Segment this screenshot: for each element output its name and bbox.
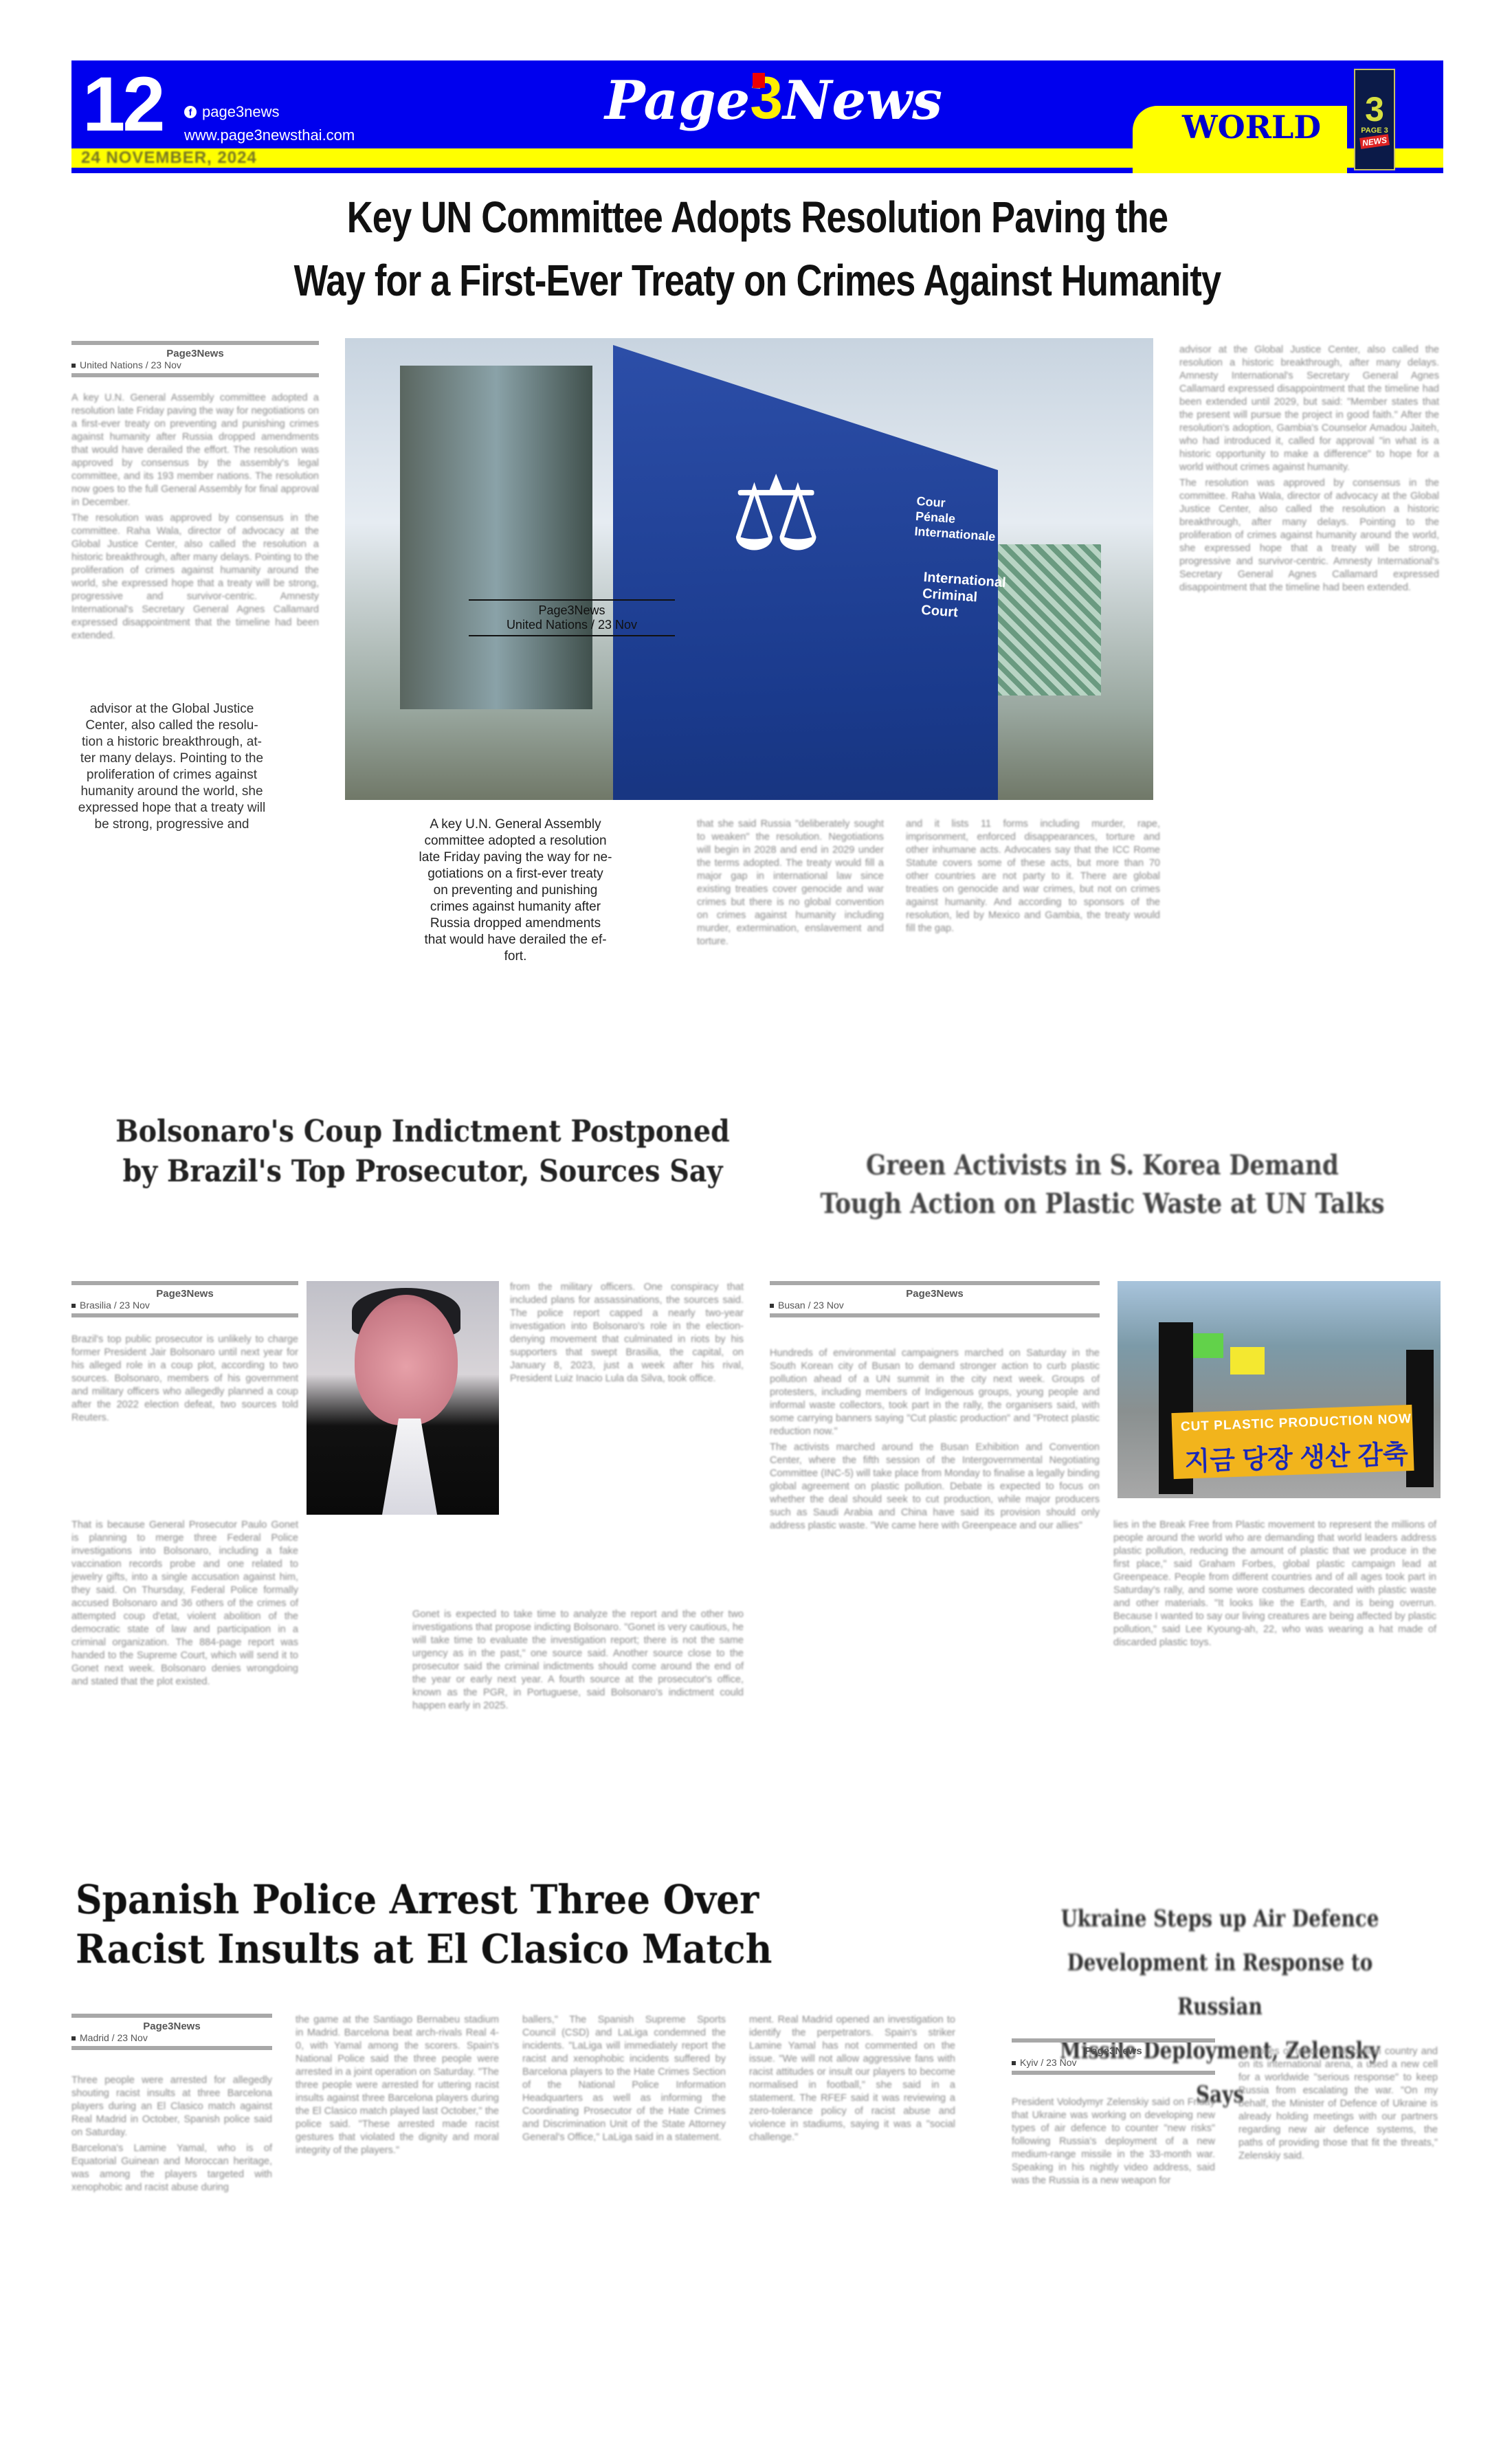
spain-column-1: Three people were arrested for allegedly… [71,2074,272,2197]
lead-headline-line2: Way for a First-Ever Treaty on Crimes Ag… [195,249,1320,312]
badge-news: NEWS [1359,134,1390,149]
spain-column-2: the game at the Santiago Bernabeu stadiu… [296,2014,499,2160]
korea-protest-photo: CUT PLASTIC PRODUCTION NOW 지금 당장 생산 감축 [1118,1281,1441,1498]
facebook-icon: f [184,106,197,118]
icc-sign-english: International Criminal Court [921,569,1007,624]
badge-label: PAGE 3 [1361,126,1388,135]
spain-byline: Page3News Madrid / 23 Nov [71,2014,272,2050]
ukraine-byline: Page3News Kyiv / 23 Nov [1012,2038,1215,2075]
lead-column-4: and it lists 11 forms including murder, … [906,818,1160,938]
bolsonaro-photo [307,1281,499,1515]
korea-byline: Page3News Busan / 23 Nov [770,1281,1100,1317]
lead-ghost-left-text: advisor at the Global Justice Center, al… [27,701,316,833]
lead-byline: Page3News United Nations / 23 Nov [71,341,319,377]
lead-dateline: United Nations / 23 Nov [71,359,319,370]
section-label: WORLD [1182,106,1321,148]
logo-word-news: News [783,74,942,128]
scales-of-justice-icon: ⚖ [730,462,822,565]
lead-headline: Key UN Committee Adopts Resolution Pavin… [71,186,1443,312]
lead-source: Page3News [71,348,319,359]
page3-badge-logo: 3 PAGE 3 NEWS [1354,69,1395,170]
bolsonaro-column-2: from the military officers. One conspira… [510,1281,744,1388]
website-link[interactable]: www.page3newsthai.com [184,126,355,144]
page-number: 12 [82,66,163,143]
lead-column-5: advisor at the Global Justice Center, al… [1179,344,1439,597]
photo-overlay-byline: Page3News United Nations / 23 Nov [469,599,675,636]
bolsonaro-byline: Page3News Brasilia / 23 Nov [71,1281,298,1317]
logo-word-page: Page [605,74,750,128]
korea-headline: Green Activists in S. Korea Demand Tough… [809,1146,1395,1223]
bolsonaro-column-2b: Gonet is expected to take time to analyz… [412,1608,744,1715]
ukraine-column-2: purposes of terror on all civilian count… [1238,2045,1438,2166]
newspaper-logo: Page 3 News [605,69,942,128]
korea-column-1: Hundreds of environmental campaigners ma… [770,1347,1100,1535]
facebook-handle-text: page3news [202,103,280,121]
bolsonaro-column-1: Brazil's top public prosecutor is unlike… [71,1333,298,1427]
lead-overlay-text: A key U.N. General Assembly committee ad… [357,816,674,965]
icc-photo: ⚖ Cour Pénale Internationale Internation… [345,338,1153,800]
bolsonaro-headline: Bolsonaro's Coup Indictment Postponed by… [111,1112,735,1192]
korea-column-2: lies in the Break Free from Plastic move… [1113,1519,1436,1652]
issue-date: 24 NOVEMBER, 2024 [81,148,257,168]
spain-column-3: ballers," The Spanish Supreme Sports Cou… [522,2014,726,2147]
facebook-handle[interactable]: f page3news [184,103,280,121]
spain-column-4: ment. Real Madrid opened an investigatio… [749,2014,955,2147]
lead-headline-line1: Key UN Committee Adopts Resolution Pavin… [195,186,1320,249]
icc-sign-french: Cour Pénale Internationale [914,493,998,544]
spain-headline: Spanish Police Arrest Three Over Racist … [76,1875,891,1974]
badge-number: 3 [1365,92,1384,126]
lead-column-3: that she said Russia "deliberately sough… [697,818,884,951]
lead-column-1: A key U.N. General Assembly committee ad… [71,392,319,645]
bolsonaro-column-1b: That is because General Prosecutor Paulo… [71,1519,298,1691]
logo-number: 3 [750,69,783,128]
ukraine-column-1: President Volodymyr Zelenskiy said on Fr… [1012,2096,1215,2190]
